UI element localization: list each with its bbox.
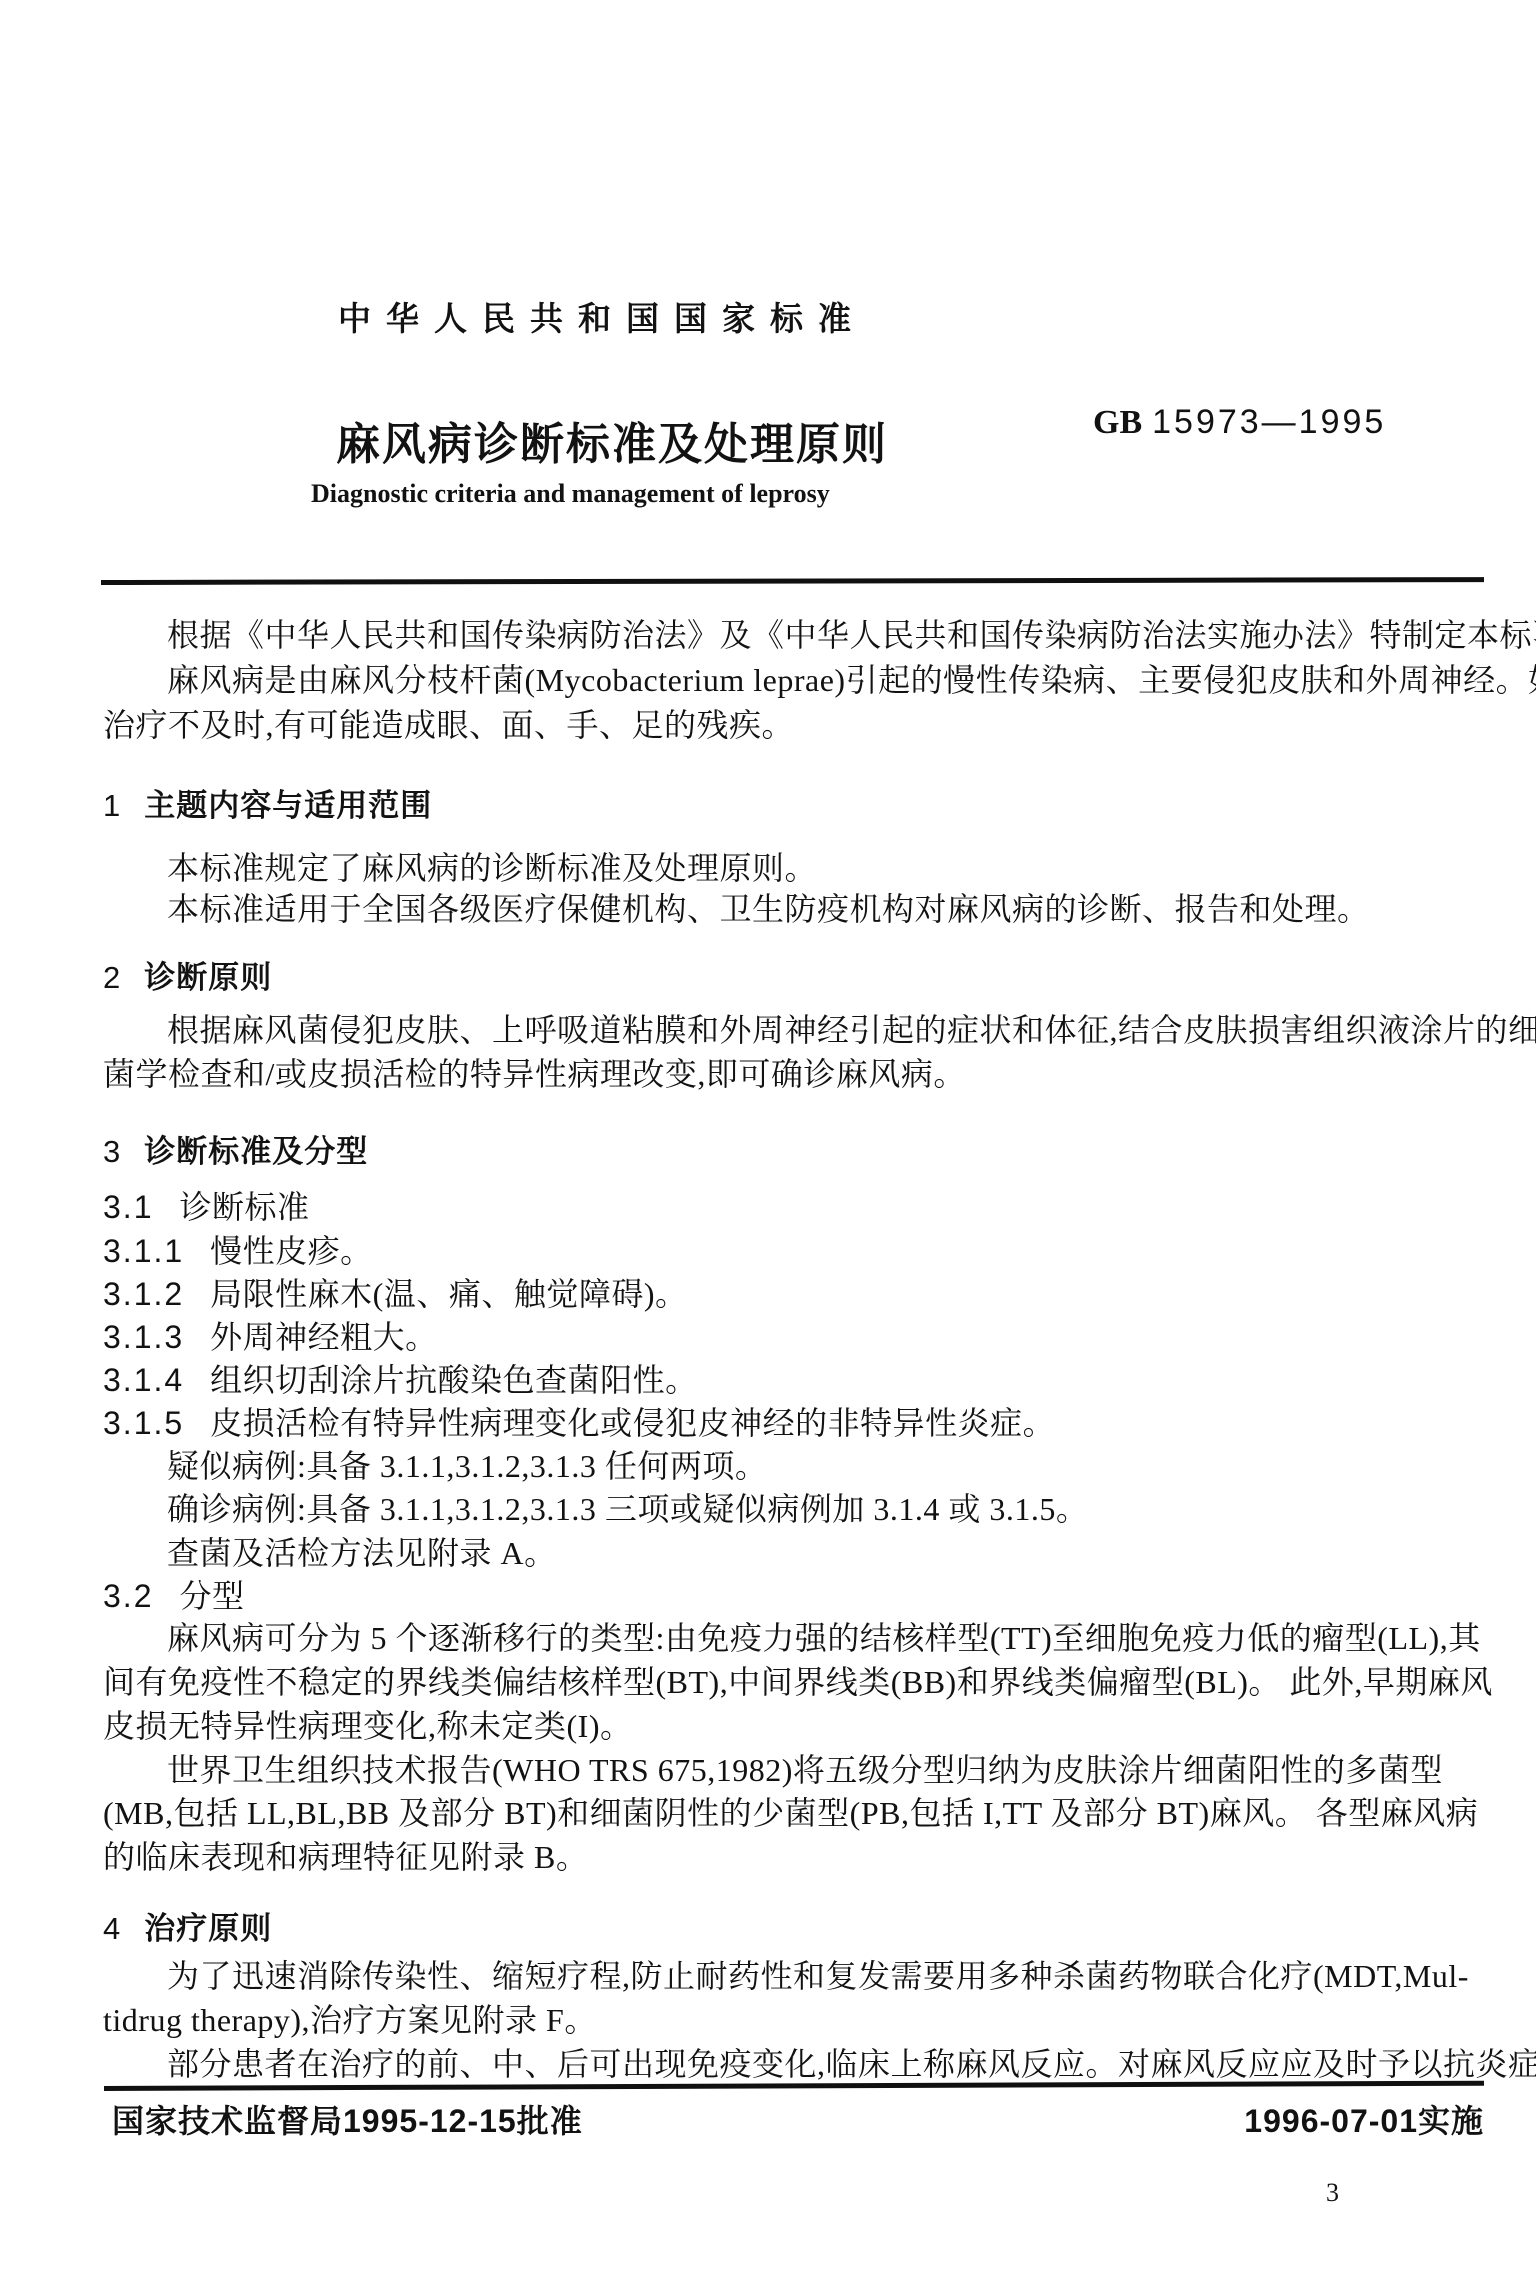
standard-code-number: 15973—1995 bbox=[1152, 403, 1386, 441]
clause-text: 局限性麻木(温、痛、触觉障碍)。 bbox=[210, 1276, 687, 1312]
appendix-a-reference-line: 查菌及活检方法见附录 A。 bbox=[103, 1536, 1536, 1570]
body-line: 根据麻风菌侵犯皮肤、上呼吸道粘膜和外周神经引起的症状和体征,结合皮肤损害组织液涂… bbox=[103, 1013, 1536, 1047]
body-line: tidrug therapy),治疗方案见附录 F。 bbox=[103, 2003, 1493, 2037]
suspected-case-line: 疑似病例:具备 3.1.1,3.1.2,3.1.3 任何两项。 bbox=[103, 1449, 1536, 1483]
page-number: 3 bbox=[1326, 2178, 1339, 2208]
implementation-date: 1996-07-01实施 bbox=[1244, 2096, 1484, 2142]
clause-number: 3.1.5 bbox=[103, 1405, 184, 1441]
clause-number: 3.2 bbox=[103, 1578, 153, 1614]
body-line: 菌学检查和/或皮损活检的特异性病理改变,即可确诊麻风病。 bbox=[103, 1057, 1493, 1091]
body-line: (MB,包括 LL,BL,BB 及部分 BT)和细菌阴性的少菌型(PB,包括 I… bbox=[103, 1796, 1493, 1830]
body-line: 的临床表现和病理特征见附录 B。 bbox=[103, 1840, 1493, 1874]
section-3-heading: 3诊断标准及分型 bbox=[103, 1126, 368, 1171]
clause-text: 外周神经粗大。 bbox=[210, 1319, 438, 1355]
clause-text: 诊断标准 bbox=[179, 1189, 309, 1225]
standard-code: GB15973—1995 bbox=[1093, 403, 1386, 442]
clause-text: 皮损活检有特异性病理变化或侵犯皮神经的非特异性炎症。 bbox=[210, 1405, 1055, 1441]
section-number: 1 bbox=[103, 788, 120, 823]
body-line: 世界卫生组织技术报告(WHO TRS 675,1982)将五级分型归纳为皮肤涂片… bbox=[103, 1753, 1536, 1787]
section-title: 主题内容与适用范围 bbox=[144, 788, 432, 823]
national-standard-header: 中华人民共和国国家标准 bbox=[338, 293, 866, 340]
clause-number: 3.1.3 bbox=[103, 1319, 184, 1355]
page-title: 麻风病诊断标准及处理原则 bbox=[336, 408, 888, 472]
body-line: 皮损无特异性病理变化,称未定类(I)。 bbox=[103, 1709, 1493, 1743]
clause-number: 3.1.2 bbox=[103, 1276, 184, 1312]
clause-3-1-2: 3.1.2局限性麻木(温、痛、触觉障碍)。 bbox=[103, 1277, 1493, 1311]
section-4-heading: 4治疗原则 bbox=[103, 1903, 272, 1948]
section-number: 4 bbox=[103, 1911, 120, 1946]
clause-text: 慢性皮疹。 bbox=[210, 1233, 373, 1269]
standard-code-prefix: GB bbox=[1093, 404, 1142, 441]
body-line: 间有免疫性不稳定的界线类偏结核样型(BT),中间界线类(BB)和界线类偏瘤型(B… bbox=[103, 1665, 1493, 1699]
section-2-heading: 2诊断原则 bbox=[103, 952, 272, 997]
title-divider-rule bbox=[101, 577, 1484, 585]
body-line: 麻风病可分为 5 个逐渐移行的类型:由免疫力强的结核样型(TT)至细胞免疫力低的… bbox=[103, 1621, 1536, 1655]
section-number: 2 bbox=[103, 960, 120, 995]
preamble-line: 治疗不及时,有可能造成眼、面、手、足的残疾。 bbox=[103, 708, 1493, 742]
confirmed-case-line: 确诊病例:具备 3.1.1,3.1.2,3.1.3 三项或疑似病例加 3.1.4… bbox=[103, 1492, 1536, 1526]
body-line: 部分患者在治疗的前、中、后可出现免疫变化,临床上称麻风反应。对麻风反应应及时予以… bbox=[103, 2047, 1536, 2081]
section-title: 诊断标准及分型 bbox=[144, 1134, 368, 1169]
clause-3-1: 3.1诊断标准 bbox=[103, 1190, 1493, 1224]
clause-number: 3.1.4 bbox=[103, 1362, 184, 1398]
section-title: 治疗原则 bbox=[144, 1911, 272, 1946]
body-line: 为了迅速消除传染性、缩短疗程,防止耐药性和复发需要用多种杀菌药物联合化疗(MDT… bbox=[103, 1959, 1536, 1993]
clause-3-1-4: 3.1.4组织切刮涂片抗酸染色查菌阳性。 bbox=[103, 1363, 1493, 1397]
section-number: 3 bbox=[103, 1134, 120, 1169]
preamble-line: 麻风病是由麻风分枝杆菌(Mycobacterium leprae)引起的慢性传染… bbox=[103, 663, 1536, 697]
clause-3-1-1: 3.1.1慢性皮疹。 bbox=[103, 1234, 1493, 1268]
clause-text: 组织切刮涂片抗酸染色查菌阳性。 bbox=[210, 1362, 698, 1398]
approval-authority-date: 国家技术监督局1995-12-15批准 bbox=[112, 2096, 583, 2142]
body-line: 本标准适用于全国各级医疗保健机构、卫生防疫机构对麻风病的诊断、报告和处理。 bbox=[103, 892, 1536, 926]
english-subtitle: Diagnostic criteria and management of le… bbox=[311, 479, 830, 509]
body-line: 本标准规定了麻风病的诊断标准及处理原则。 bbox=[103, 851, 1536, 885]
preamble-line: 根据《中华人民共和国传染病防治法》及《中华人民共和国传染病防治法实施办法》特制定… bbox=[103, 618, 1536, 652]
clause-number: 3.1 bbox=[103, 1189, 153, 1225]
clause-3-1-3: 3.1.3外周神经粗大。 bbox=[103, 1320, 1493, 1354]
clause-3-2: 3.2分型 bbox=[103, 1579, 1493, 1613]
document-page: 中华人民共和国国家标准 麻风病诊断标准及处理原则 GB15973—1995 Di… bbox=[0, 0, 1536, 2285]
clause-3-1-5: 3.1.5皮损活检有特异性病理变化或侵犯皮神经的非特异性炎症。 bbox=[103, 1406, 1493, 1440]
section-1-heading: 1主题内容与适用范围 bbox=[103, 780, 432, 825]
footer-divider-rule bbox=[104, 2081, 1484, 2091]
clause-number: 3.1.1 bbox=[103, 1233, 184, 1269]
section-title: 诊断原则 bbox=[144, 960, 272, 995]
clause-text: 分型 bbox=[179, 1578, 244, 1614]
